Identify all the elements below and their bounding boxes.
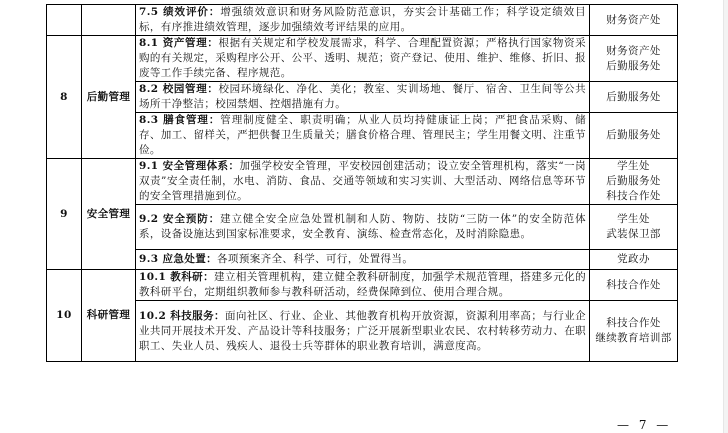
row-category: 后勤管理 <box>82 36 136 159</box>
table-row: 8.2 校园管理：校园环境绿化、净化、美化；教室、实训场地、餐厅、宿舍、卫生间等… <box>47 82 678 113</box>
evaluation-table: 7.5 绩效评价：增强绩效意识和财务风险防范意识，夯实会计基础工作；科学设定绩效… <box>46 4 678 362</box>
dept-name: 学生处 <box>593 212 674 227</box>
row-number: 8 <box>47 36 82 159</box>
dept-name: 学生处 <box>593 159 674 174</box>
table-row: 10.2 科技服务：面向社区、行业、企业、其他教育机构开放资源，资源利用率高；与… <box>47 301 678 362</box>
item-content: 8.2 校园管理：校园环境绿化、净化、美化；教室、实训场地、餐厅、宿舍、卫生间等… <box>136 82 590 113</box>
responsible-dept: 科技合作处 <box>590 270 678 301</box>
item-content: 8.3 膳食管理：管理制度健全、职责明确；从业人员均持健康证上岗；严把食品采购、… <box>136 113 590 159</box>
responsible-dept: 后勤服务处 <box>590 113 678 159</box>
dept-name: 武装保卫部 <box>593 227 674 242</box>
row-category: 科研管理 <box>82 270 136 362</box>
row-category <box>82 5 136 36</box>
responsible-dept: 学生处后勤服务处科技合作处 <box>590 159 678 205</box>
dept-name: 继续教育培训部 <box>593 331 674 346</box>
dept-name: 后勤服务处 <box>593 128 674 143</box>
page-number: — 7 — <box>617 418 671 432</box>
table-row: 8 后勤管理 8.1 资产管理：根据有关规定和学校发展需求，科学、合理配置资源；… <box>47 36 678 82</box>
item-title: 10.1 教科研： <box>139 271 214 283</box>
dept-name: 后勤服务处 <box>593 174 674 189</box>
item-title: 9.3 应急处置： <box>139 253 217 265</box>
item-text: 各项预案齐全、科学、可行，处置得当。 <box>217 253 413 265</box>
dept-name: 科技合作处 <box>593 316 674 331</box>
responsible-dept: 财务资产处后勤服务处 <box>590 36 678 82</box>
dept-name: 党政办 <box>593 252 674 267</box>
table-row: 9 安全管理 9.1 安全管理体系：加强学校安全管理，平安校园创建活动；设立安全… <box>47 159 678 205</box>
row-number: 9 <box>47 159 82 270</box>
table-row: 8.3 膳食管理：管理制度健全、职责明确；从业人员均持健康证上岗；严把食品采购、… <box>47 113 678 159</box>
row-category: 安全管理 <box>82 159 136 270</box>
row-number <box>47 5 82 36</box>
item-content: 9.2 安全预防：建立健全安全应急处置机制和人防、物防、技防“三防一体”的安全防… <box>136 205 590 250</box>
item-content: 9.1 安全管理体系：加强学校安全管理，平安校园创建活动；设立安全管理机构，落实… <box>136 159 590 205</box>
row-number: 10 <box>47 270 82 362</box>
item-title: 9.2 安全预防： <box>139 213 220 225</box>
dept-name: 科技合作处 <box>593 278 674 293</box>
table-row: 9.3 应急处置：各项预案齐全、科学、可行，处置得当。 党政办 <box>47 250 678 270</box>
item-title: 8.1 资产管理： <box>139 37 219 49</box>
item-content: 10.2 科技服务：面向社区、行业、企业、其他教育机构开放资源，资源利用率高；与… <box>136 301 590 362</box>
item-title: 10.2 科技服务： <box>139 310 225 322</box>
responsible-dept: 党政办 <box>590 250 678 270</box>
item-content: 10.1 教科研：建立相关管理机构，建立健全教科研制度，加强学术规范管理，搭建多… <box>136 270 590 301</box>
page-edge <box>723 0 728 433</box>
item-title: 7.5 绩效评价： <box>139 6 220 18</box>
item-content: 7.5 绩效评价：增强绩效意识和财务风险防范意识，夯实会计基础工作；科学设定绩效… <box>136 5 590 36</box>
table-row: 10 科研管理 10.1 教科研：建立相关管理机构，建立健全教科研制度，加强学术… <box>47 270 678 301</box>
item-content: 8.1 资产管理：根据有关规定和学校发展需求，科学、合理配置资源；严格执行国家物… <box>136 36 590 82</box>
responsible-dept: 科技合作处继续教育培训部 <box>590 301 678 362</box>
responsible-dept: 财务资产处 <box>590 5 678 36</box>
item-title: 9.1 安全管理体系： <box>139 160 240 172</box>
item-content: 9.3 应急处置：各项预案齐全、科学、可行，处置得当。 <box>136 250 590 270</box>
table-row: 7.5 绩效评价：增强绩效意识和财务风险防范意识，夯实会计基础工作；科学设定绩效… <box>47 5 678 36</box>
table-row: 9.2 安全预防：建立健全安全应急处置机制和人防、物防、技防“三防一体”的安全防… <box>47 205 678 250</box>
responsible-dept: 学生处武装保卫部 <box>590 205 678 250</box>
dept-name: 财务资产处 <box>593 44 674 59</box>
dept-name: 后勤服务处 <box>593 59 674 74</box>
dept-name: 科技合作处 <box>593 189 674 204</box>
item-title: 8.2 校园管理： <box>139 83 219 95</box>
dept-name: 后勤服务处 <box>593 90 674 105</box>
item-title: 8.3 膳食管理： <box>139 114 220 126</box>
dept-name: 财务资产处 <box>593 13 674 28</box>
responsible-dept: 后勤服务处 <box>590 82 678 113</box>
